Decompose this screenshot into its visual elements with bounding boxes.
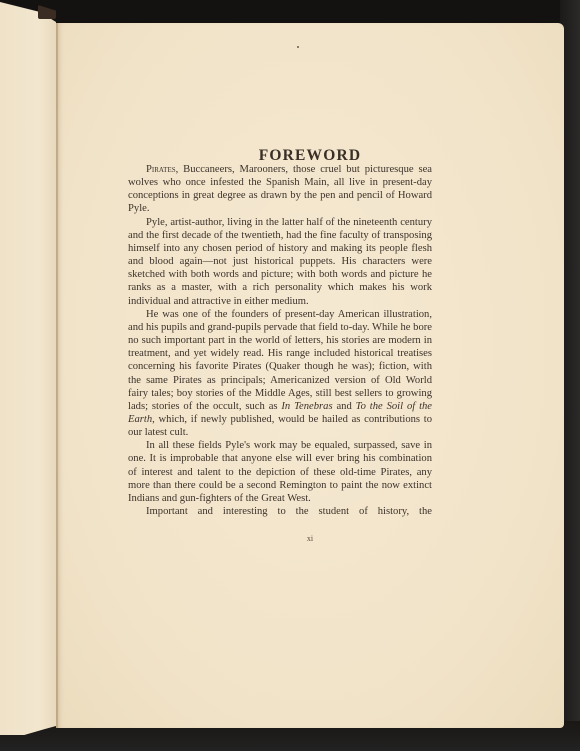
paragraph-1: Pirates, Buccaneers, Marooners, those cr… [128, 163, 432, 216]
left-page-edge [0, 0, 56, 735]
paragraph-text: and [333, 401, 356, 412]
book-title-italic: In Tenebras [281, 401, 332, 412]
paragraph-text: He was one of the founders of present-da… [128, 309, 432, 412]
right-page: FOREWORD Pirates, Buccaneers, Marooners,… [56, 23, 564, 728]
paragraph-5: Important and interesting to the student… [128, 505, 432, 518]
page-number: xi [56, 534, 564, 543]
paragraph-4: In all these fields Pyle's work may be e… [128, 439, 432, 505]
small-caps-lead: Pirates [146, 164, 176, 175]
paragraph-3: He was one of the founders of present-da… [128, 308, 432, 440]
paper-speck [297, 46, 299, 48]
paragraph-text: , which, if newly published, would be ha… [128, 414, 432, 438]
book-spine-corner [38, 5, 56, 19]
paragraph-2: Pyle, artist-author, living in the latte… [128, 216, 432, 308]
gutter-line [56, 23, 58, 728]
foreword-body: Pirates, Buccaneers, Marooners, those cr… [128, 163, 432, 518]
